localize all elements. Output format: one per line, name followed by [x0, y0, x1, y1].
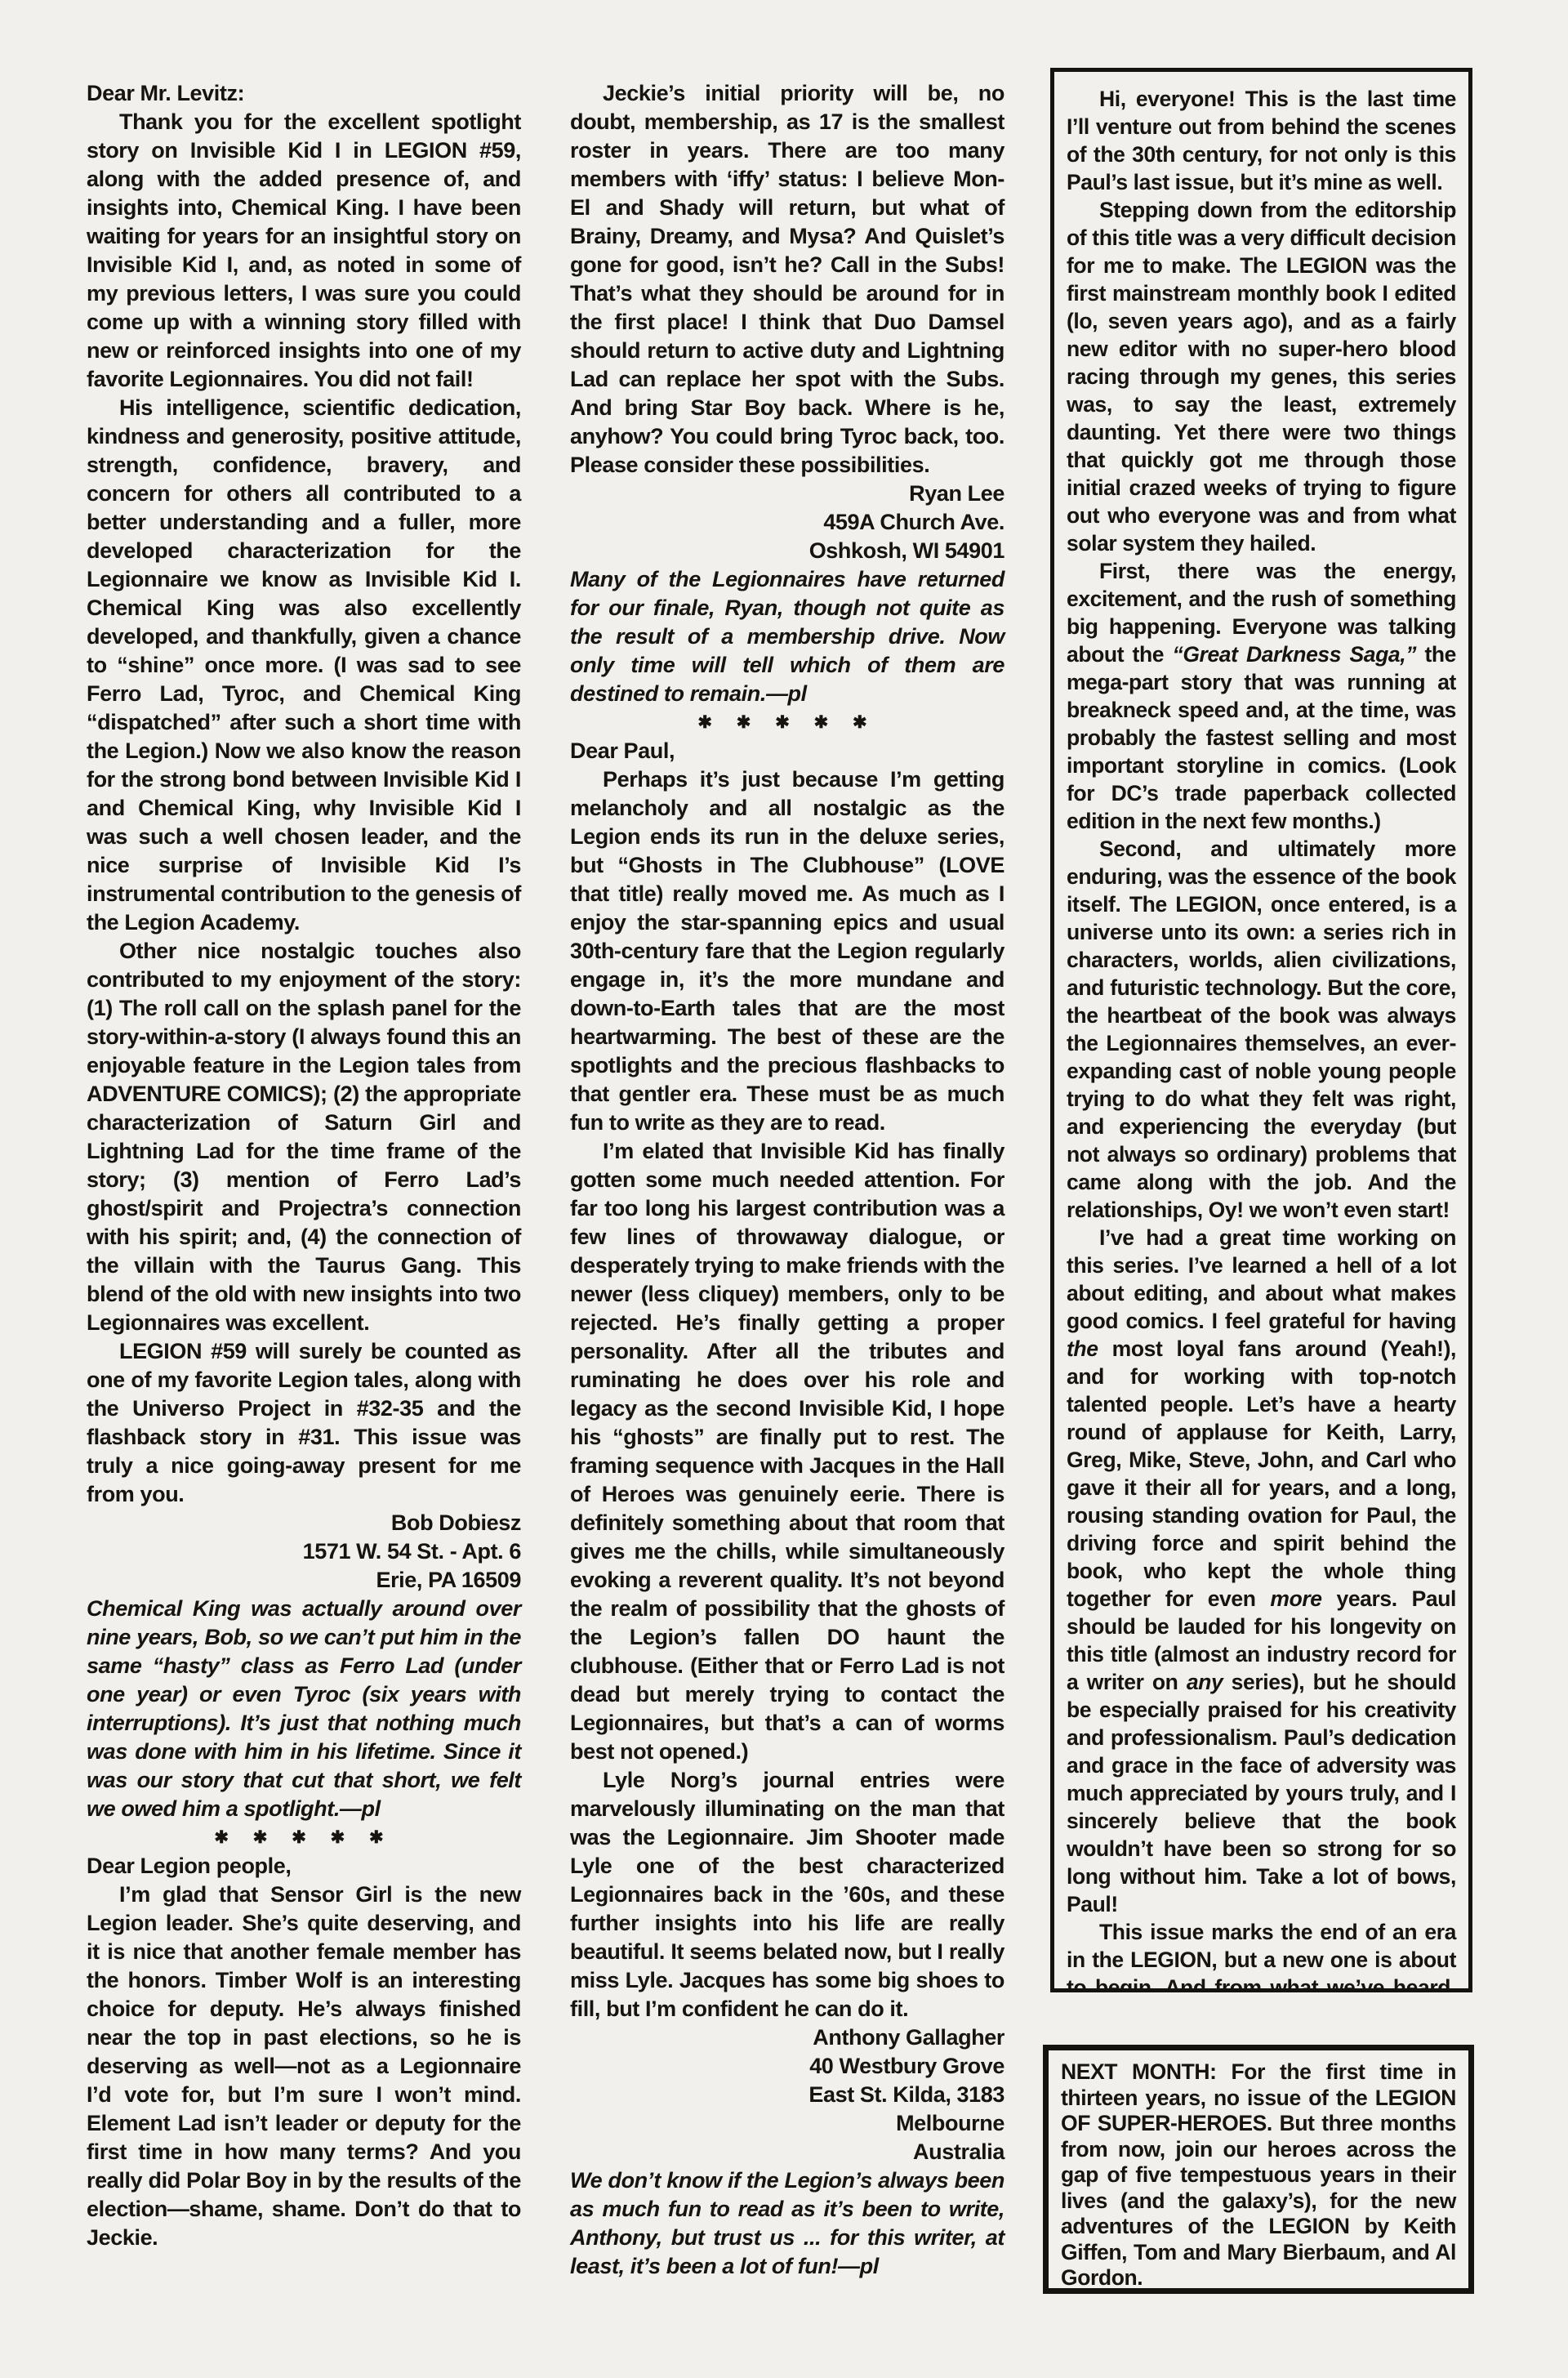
letter-writer-address: Anthony Gallagher 40 Westbury Grove East… — [570, 2023, 1004, 2166]
letter-paragraph: LEGION #59 will surely be counted as one… — [87, 1337, 521, 1509]
section-divider-stars: ✱ ✱ ✱ ✱ ✱ — [87, 1823, 521, 1852]
letters-page: { "page": { "kind": "comic-letters-page"… — [0, 0, 1568, 2378]
editor-reply: Many of the Legionnaires have returned f… — [570, 565, 1004, 708]
section-divider-stars: ✱ ✱ ✱ ✱ ✱ — [570, 708, 1004, 737]
letter-paragraph: I’m elated that Invisible Kid has finall… — [570, 1137, 1004, 1766]
letter-paragraph: Hi, everyone! This is the last time I’ll… — [1067, 85, 1456, 196]
letter-paragraph: Perhaps it’s just because I’m getting me… — [570, 765, 1004, 1137]
letter-writer-address: Ryan Lee 459A Church Ave. Oshkosh, WI 54… — [570, 480, 1004, 565]
letter-column-2: Jeckie’s initial priority will be, no do… — [570, 79, 1004, 2281]
letter-writer-address: Bob Dobiesz 1571 W. 54 St. - Apt. 6 Erie… — [87, 1509, 521, 1595]
letter-paragraph: First, there was the energy, excitement,… — [1067, 557, 1456, 835]
letter-paragraph: I’m glad that Sensor Girl is the new Leg… — [87, 1881, 521, 2252]
letter-paragraph: I’ve had a great time working on this se… — [1067, 1224, 1456, 1918]
letter-paragraph: Other nice nostalgic touches also contri… — [87, 937, 521, 1337]
letter-paragraph: Second, and ultimately more enduring, wa… — [1067, 835, 1456, 1224]
next-month-box: NEXT MONTH: For the first time in thirte… — [1043, 2045, 1474, 2294]
letter-paragraph: Thank you for the excellent spotlight st… — [87, 108, 521, 394]
letter-paragraph: Jeckie’s initial priority will be, no do… — [570, 79, 1004, 480]
letter-salutation: Dear Legion people, — [87, 1852, 521, 1881]
editor-farewell-box: Hi, everyone! This is the last time I’ll… — [1050, 68, 1472, 1992]
letter-paragraph: Lyle Norg’s journal entries were marvelo… — [570, 1766, 1004, 2023]
letter-paragraph: This issue marks the end of an era in th… — [1067, 1918, 1456, 1992]
letter-salutation: Dear Paul, — [570, 737, 1004, 765]
next-month-text: NEXT MONTH: For the first time in thirte… — [1061, 2059, 1456, 2291]
letter-paragraph: Stepping down from the editorship of thi… — [1067, 196, 1456, 557]
letter-column-1: Dear Mr. Levitz:Thank you for the excell… — [87, 79, 521, 2252]
editor-reply: Chemical King was actually around over n… — [87, 1595, 521, 1823]
letter-paragraph: His intelligence, scientific dedication,… — [87, 394, 521, 937]
letter-salutation: Dear Mr. Levitz: — [87, 79, 521, 108]
editor-reply: We don’t know if the Legion’s always bee… — [570, 2166, 1004, 2281]
